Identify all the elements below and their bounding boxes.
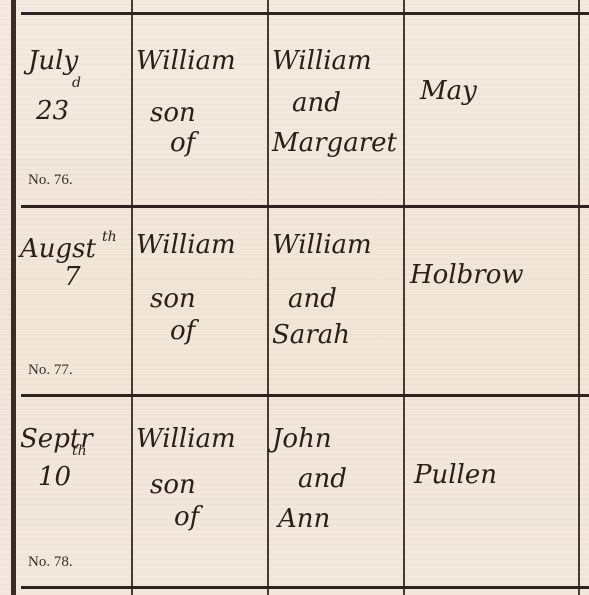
child-name: William (136, 232, 236, 258)
entry-date-sup: d (72, 76, 81, 90)
parent-1: William (272, 232, 372, 258)
relation-of: of (170, 130, 195, 156)
entry-date-day: 7 (64, 264, 81, 290)
parent-conj: and (292, 90, 341, 116)
row-rule-3 (21, 586, 589, 589)
row-rule-1 (21, 205, 589, 208)
relation-son: son (150, 100, 196, 126)
parent-2: Sarah (272, 322, 350, 348)
column-divider-1 (131, 0, 133, 595)
child-name: William (136, 426, 236, 452)
child-name: William (136, 48, 236, 74)
entry-date-sup: th (72, 444, 87, 458)
entry-number: No. 78. (28, 554, 73, 571)
register-page: July d 23 No. 76. William son of William… (0, 0, 589, 595)
parent-2: Ann (278, 506, 330, 532)
row-rule-2 (21, 394, 589, 397)
column-divider-3 (403, 0, 405, 595)
row-rule-top (21, 12, 589, 15)
column-divider-2 (267, 0, 269, 595)
entry-date-day: 10 (38, 464, 71, 490)
parent-1: William (272, 48, 372, 74)
left-margin-border (11, 0, 16, 595)
parent-conj: and (288, 286, 337, 312)
relation-son: son (150, 472, 196, 498)
surname: Pullen (414, 462, 497, 488)
relation-son: son (150, 286, 196, 312)
relation-of: of (174, 504, 199, 530)
parent-conj: and (298, 466, 347, 492)
column-divider-4 (578, 0, 580, 595)
relation-of: of (170, 318, 195, 344)
entry-date-month: July (28, 48, 78, 74)
entry-date-day: 23 (36, 98, 69, 124)
surname: May (420, 78, 477, 104)
parent-2: Margaret (272, 130, 397, 156)
entry-date-month: Augst (20, 236, 96, 262)
surname: Holbrow (410, 262, 524, 288)
entry-date-sup: th (102, 230, 117, 244)
entry-number: No. 77. (28, 362, 73, 379)
entry-number: No. 76. (28, 172, 73, 189)
parent-1: John (272, 426, 332, 452)
